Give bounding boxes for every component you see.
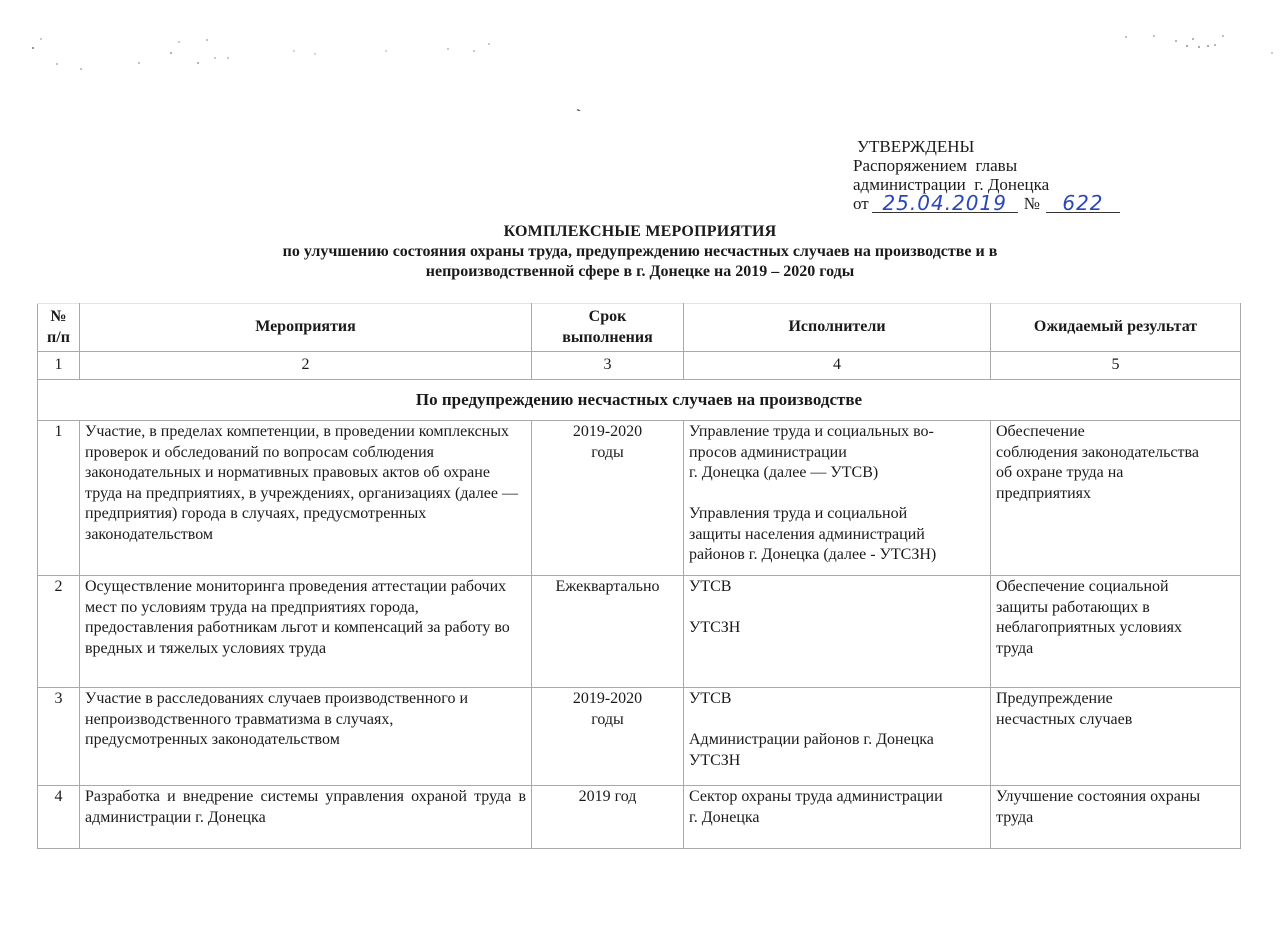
- row-executors: Сектор охраны труда администрации г. Дон…: [684, 786, 991, 849]
- table-row: 3 Участие в расследованиях случаев произ…: [38, 688, 1241, 786]
- row-number: 4: [38, 786, 80, 849]
- header-result: Ожидаемый результат: [991, 304, 1241, 352]
- row-term: 2019 год: [532, 786, 684, 849]
- row-activity: Осуществление мониторинга проведения атт…: [80, 576, 532, 688]
- table-row: 1 Участие, в пределах компетенции, в про…: [38, 421, 1241, 576]
- row-activity: Участие, в пределах компетенции, в прове…: [80, 421, 532, 576]
- approval-block: УТВЕРЖДЕНЫ Распоряжением главы администр…: [853, 137, 1120, 213]
- approval-date: 25.04.2019: [872, 194, 1018, 213]
- column-number: 3: [532, 352, 684, 380]
- row-number: 1: [38, 421, 80, 576]
- header-activity: Мероприятия: [80, 304, 532, 352]
- row-activity: Участие в расследованиях случаев произво…: [80, 688, 532, 786]
- table-row: 2 Осуществление мониторинга проведения а…: [38, 576, 1241, 688]
- document-title: КОМПЛЕКСНЫЕ МЕРОПРИЯТИЯ: [0, 222, 1280, 242]
- column-number: 1: [38, 352, 80, 380]
- from-label: от: [853, 194, 869, 213]
- row-activity: Разработка и внедрение системы управлени…: [80, 786, 532, 849]
- section-title: По предупреждению несчастных случаев на …: [38, 380, 1241, 421]
- column-number: 5: [991, 352, 1241, 380]
- header-num-text: № п/п: [47, 308, 70, 346]
- column-number-row: 1 2 3 4 5: [38, 352, 1241, 380]
- row-result: Обеспечение социальной защиты работающих…: [991, 576, 1241, 688]
- row-executors: УТСВ Администрации районов г. Донецка УТ…: [684, 688, 991, 786]
- row-result: Улучшение состояния охраны труда: [991, 786, 1241, 849]
- row-result: Предупреждение несчастных случаев: [991, 688, 1241, 786]
- number-label: №: [1024, 194, 1040, 213]
- table-row: 4 Разработка и внедрение системы управле…: [38, 786, 1241, 849]
- approval-sign-row: от 25.04.2019 № 622: [853, 194, 1120, 213]
- row-term: 2019-2020 годы: [532, 688, 684, 786]
- document-heading: КОМПЛЕКСНЫЕ МЕРОПРИЯТИЯ по улучшению сос…: [0, 222, 1280, 282]
- table-header-row: № п/п Мероприятия Срок выполнения Исполн…: [38, 304, 1241, 352]
- measures-table: № п/п Мероприятия Срок выполнения Исполн…: [37, 303, 1241, 849]
- row-term: Ежеквартально: [532, 576, 684, 688]
- header-num: № п/п: [38, 304, 80, 352]
- row-number: 2: [38, 576, 80, 688]
- row-term: 2019-2020 годы: [532, 421, 684, 576]
- stray-pen-mark: `: [575, 108, 585, 125]
- header-term-text: Срок выполнения: [562, 308, 653, 346]
- section-row: По предупреждению несчастных случаев на …: [38, 380, 1241, 421]
- row-executors: Управление труда и социальных во- просов…: [684, 421, 991, 576]
- approval-number: 622: [1046, 194, 1120, 213]
- document-subtitle-line-2: непроизводственной сфере в г. Донецке на…: [0, 262, 1280, 282]
- approval-title: УТВЕРЖДЕНЫ: [853, 137, 1120, 156]
- approval-line-1: Распоряжением главы: [853, 156, 1120, 175]
- column-number: 4: [684, 352, 991, 380]
- row-executors: УТСВ УТСЗН: [684, 576, 991, 688]
- header-executors: Исполнители: [684, 304, 991, 352]
- header-term: Срок выполнения: [532, 304, 684, 352]
- row-result: Обеспечение соблюдения законодательства …: [991, 421, 1241, 576]
- row-number: 3: [38, 688, 80, 786]
- column-number: 2: [80, 352, 532, 380]
- document-subtitle-line-1: по улучшению состояния охраны труда, пре…: [0, 242, 1280, 262]
